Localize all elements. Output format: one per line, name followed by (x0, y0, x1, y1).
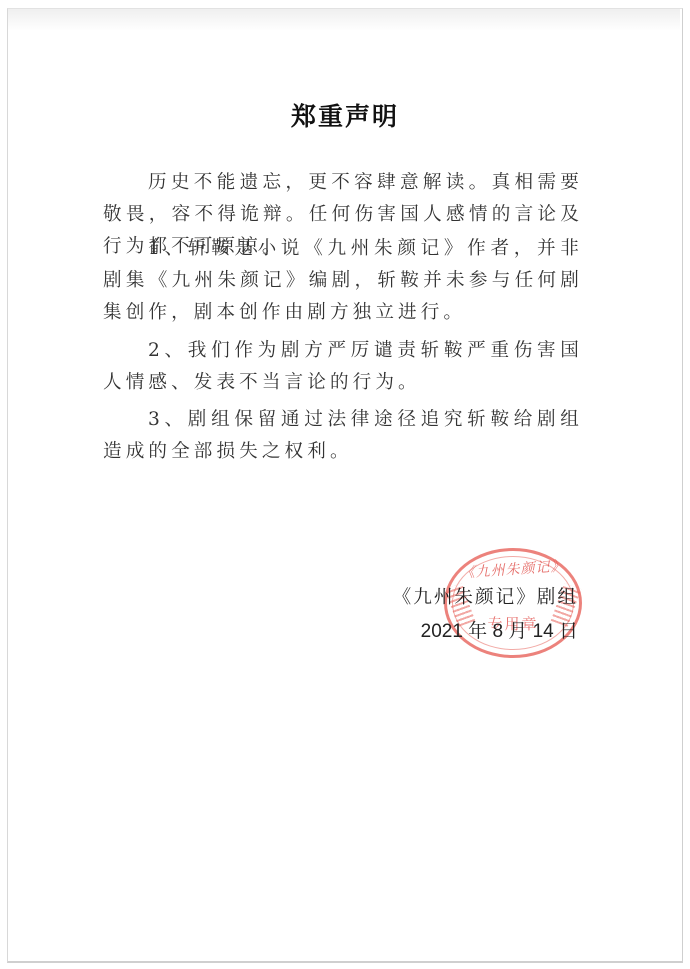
signature-date: 2021 年 8 月 14 日 (421, 616, 578, 643)
signature-organization: 《九州朱颜记》剧组 (393, 583, 578, 609)
paragraph-point-1: 1、斩鞍是小说《九州朱颜记》作者，并非剧集《九州朱颜记》编剧，斩鞍并未参与任何剧… (103, 233, 583, 329)
paragraph-point-2: 2、我们作为剧方严厉谴责斩鞍严重伤害国人情感、发表不当言论的行为。 (103, 335, 583, 399)
page-top-shadow (8, 9, 680, 31)
document-page (7, 8, 683, 963)
paragraph-point-3: 3、剧组保留通过法律途径追究斩鞍给剧组造成的全部损失之权利。 (103, 404, 583, 468)
document-title: 郑重声明 (0, 97, 690, 133)
